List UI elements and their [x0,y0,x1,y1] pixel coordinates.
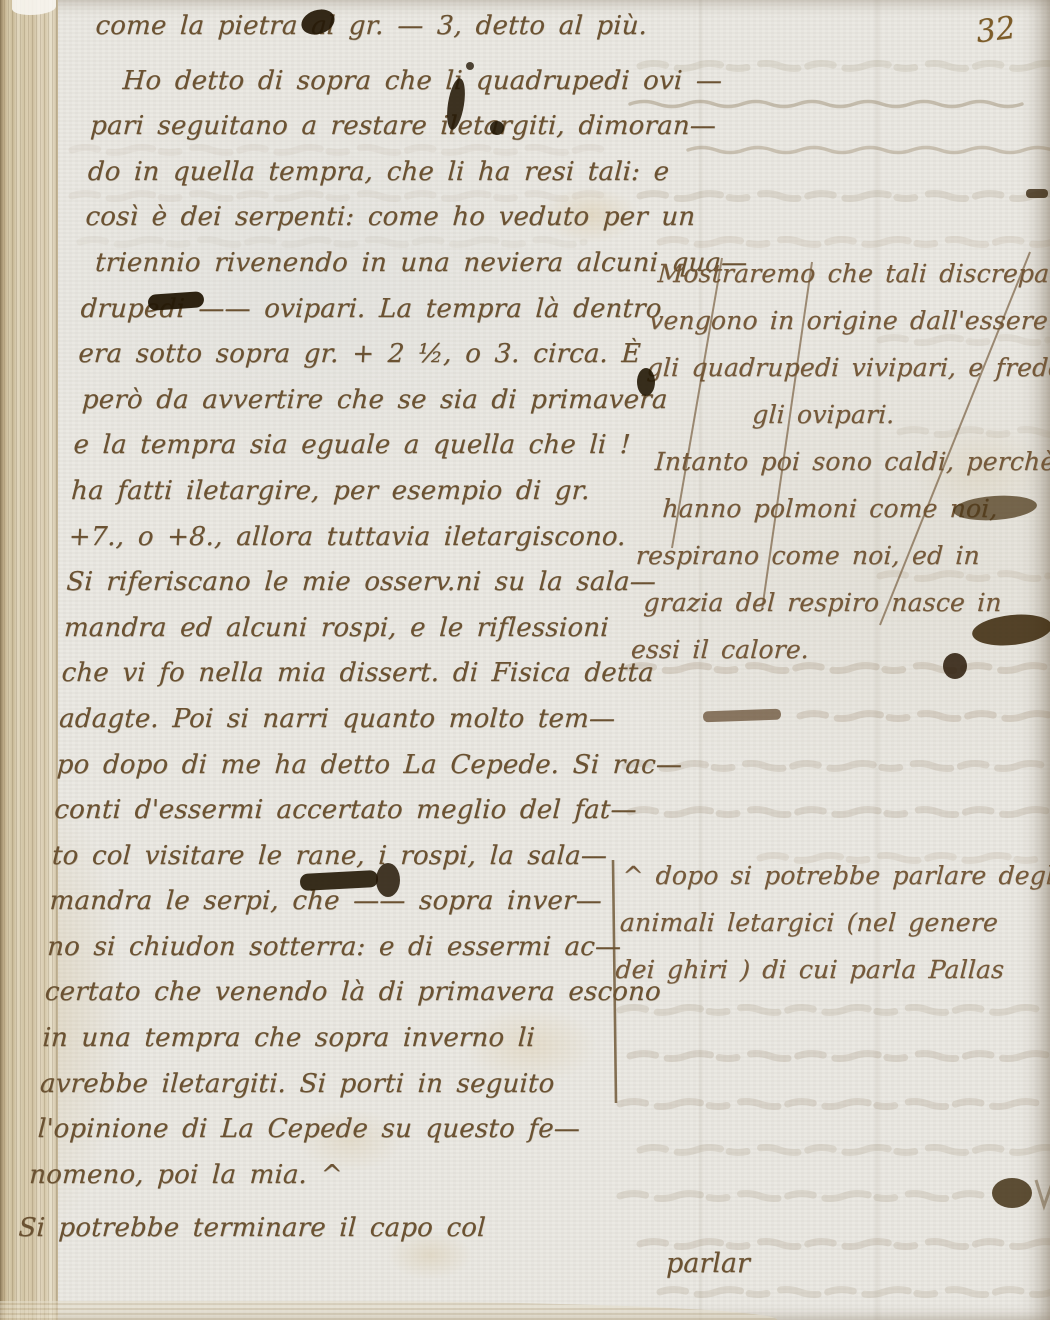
text-line: dei ghiri ) di cui parla Pallas [614,946,1050,993]
text-line: drupedi —— ovipari. La tempra là dentro [80,287,662,333]
text-line: gli quadrupedi vivipari, e freddi [646,344,1050,391]
margin-note-insertion: ^ dopo si potrebbe parlare degli animali… [616,852,1050,993]
text-line: adagte. Poi si narri quanto molto tem— [58,697,640,743]
text-line: to col visitare le rane, i rospi, la sal… [51,834,633,880]
text-line: però da avvertire che se sia di primaver… [75,378,657,424]
text-line: pari seguitano a restare iletargiti, dim… [89,104,671,150]
margin-note-heat: Intanto poi sono caldi, perchè hanno pol… [630,438,1050,673]
text-line: Ho detto di sopra che li quadrupedi ovi … [91,59,673,105]
text-line: conti d'essermi accertato meglio del fat… [53,788,635,834]
text-line: Mostraremo che tali discrepanze [650,250,1050,297]
text-line: no si chiudon sotterra: e di essermi ac— [46,925,628,971]
margin-note-struck: Mostraremo che tali discrepanze vengono … [643,250,1050,438]
text-line: come la pietra al gr. — 3, detto al più. [94,4,676,50]
text-line: e la tempra sia eguale a quella che li ! [72,423,654,469]
text-line: certato che venendo là di primavera esco… [44,970,626,1016]
text-line: ha fatti iletargire, per esempio di gr. [70,469,652,515]
text-line: hanno polmoni come noi, [637,485,1050,532]
text-line: che vi fo nella mia dissert. di Fisica d… [60,651,642,697]
text-line: animali letargici (nel genere [619,899,1050,946]
folio-number: 32 [974,10,1018,51]
catchword: parlar [666,1248,750,1279]
main-text-block: come la pietra al gr. — 3, detto al più.… [31,4,676,1252]
text-line: era sotto sopra gr. + 2 ½, o 3. circa. È [77,332,659,378]
text-line: mandra ed alcuni rospi, e le riflessioni [63,606,645,652]
manuscript-scan: 32 come la pietra al gr. — 3, detto al p… [0,0,1050,1320]
text-line: l'opinione di La Cepede su questo fe— [36,1107,618,1153]
text-line: ^ dopo si potrebbe parlare degli [621,852,1050,899]
text-line: nomeno, poi la mia. ^ [28,1153,616,1199]
text-line: vengono in origine dall'essere caldi [648,297,1050,344]
text-line: triennio rivenendo in una neviera alcuni… [82,241,664,287]
text-line: avrebbe iletargiti. Si porti in seguito [39,1062,621,1108]
text-line: do in quella tempra, che li ha resi tali… [87,150,669,196]
text-line: po dopo di me ha detto La Cepede. Si rac… [56,743,638,789]
text-line: Intanto poi sono caldi, perchè [640,438,1050,485]
text-line: Si potrebbe terminare il capo col [17,1206,613,1252]
text-line: grazia del respiro nasce in [632,579,1049,626]
text-line: Si riferiscano le mie osserv.ni su la sa… [65,560,647,606]
text-line: respirano come noi, ed in [635,532,1050,579]
text-line: così è dei serpenti: come ho veduto per … [84,195,666,241]
text-line: gli ovipari. [643,391,1050,438]
text-line: mandra le serpi, che —— sopra inver— [48,879,630,925]
text-line: in una tempra che sopra inverno li [41,1016,623,1062]
text-line: +7., o +8., allora tuttavia iletargiscon… [68,515,650,561]
text-line: essi il calore. [630,626,1047,673]
